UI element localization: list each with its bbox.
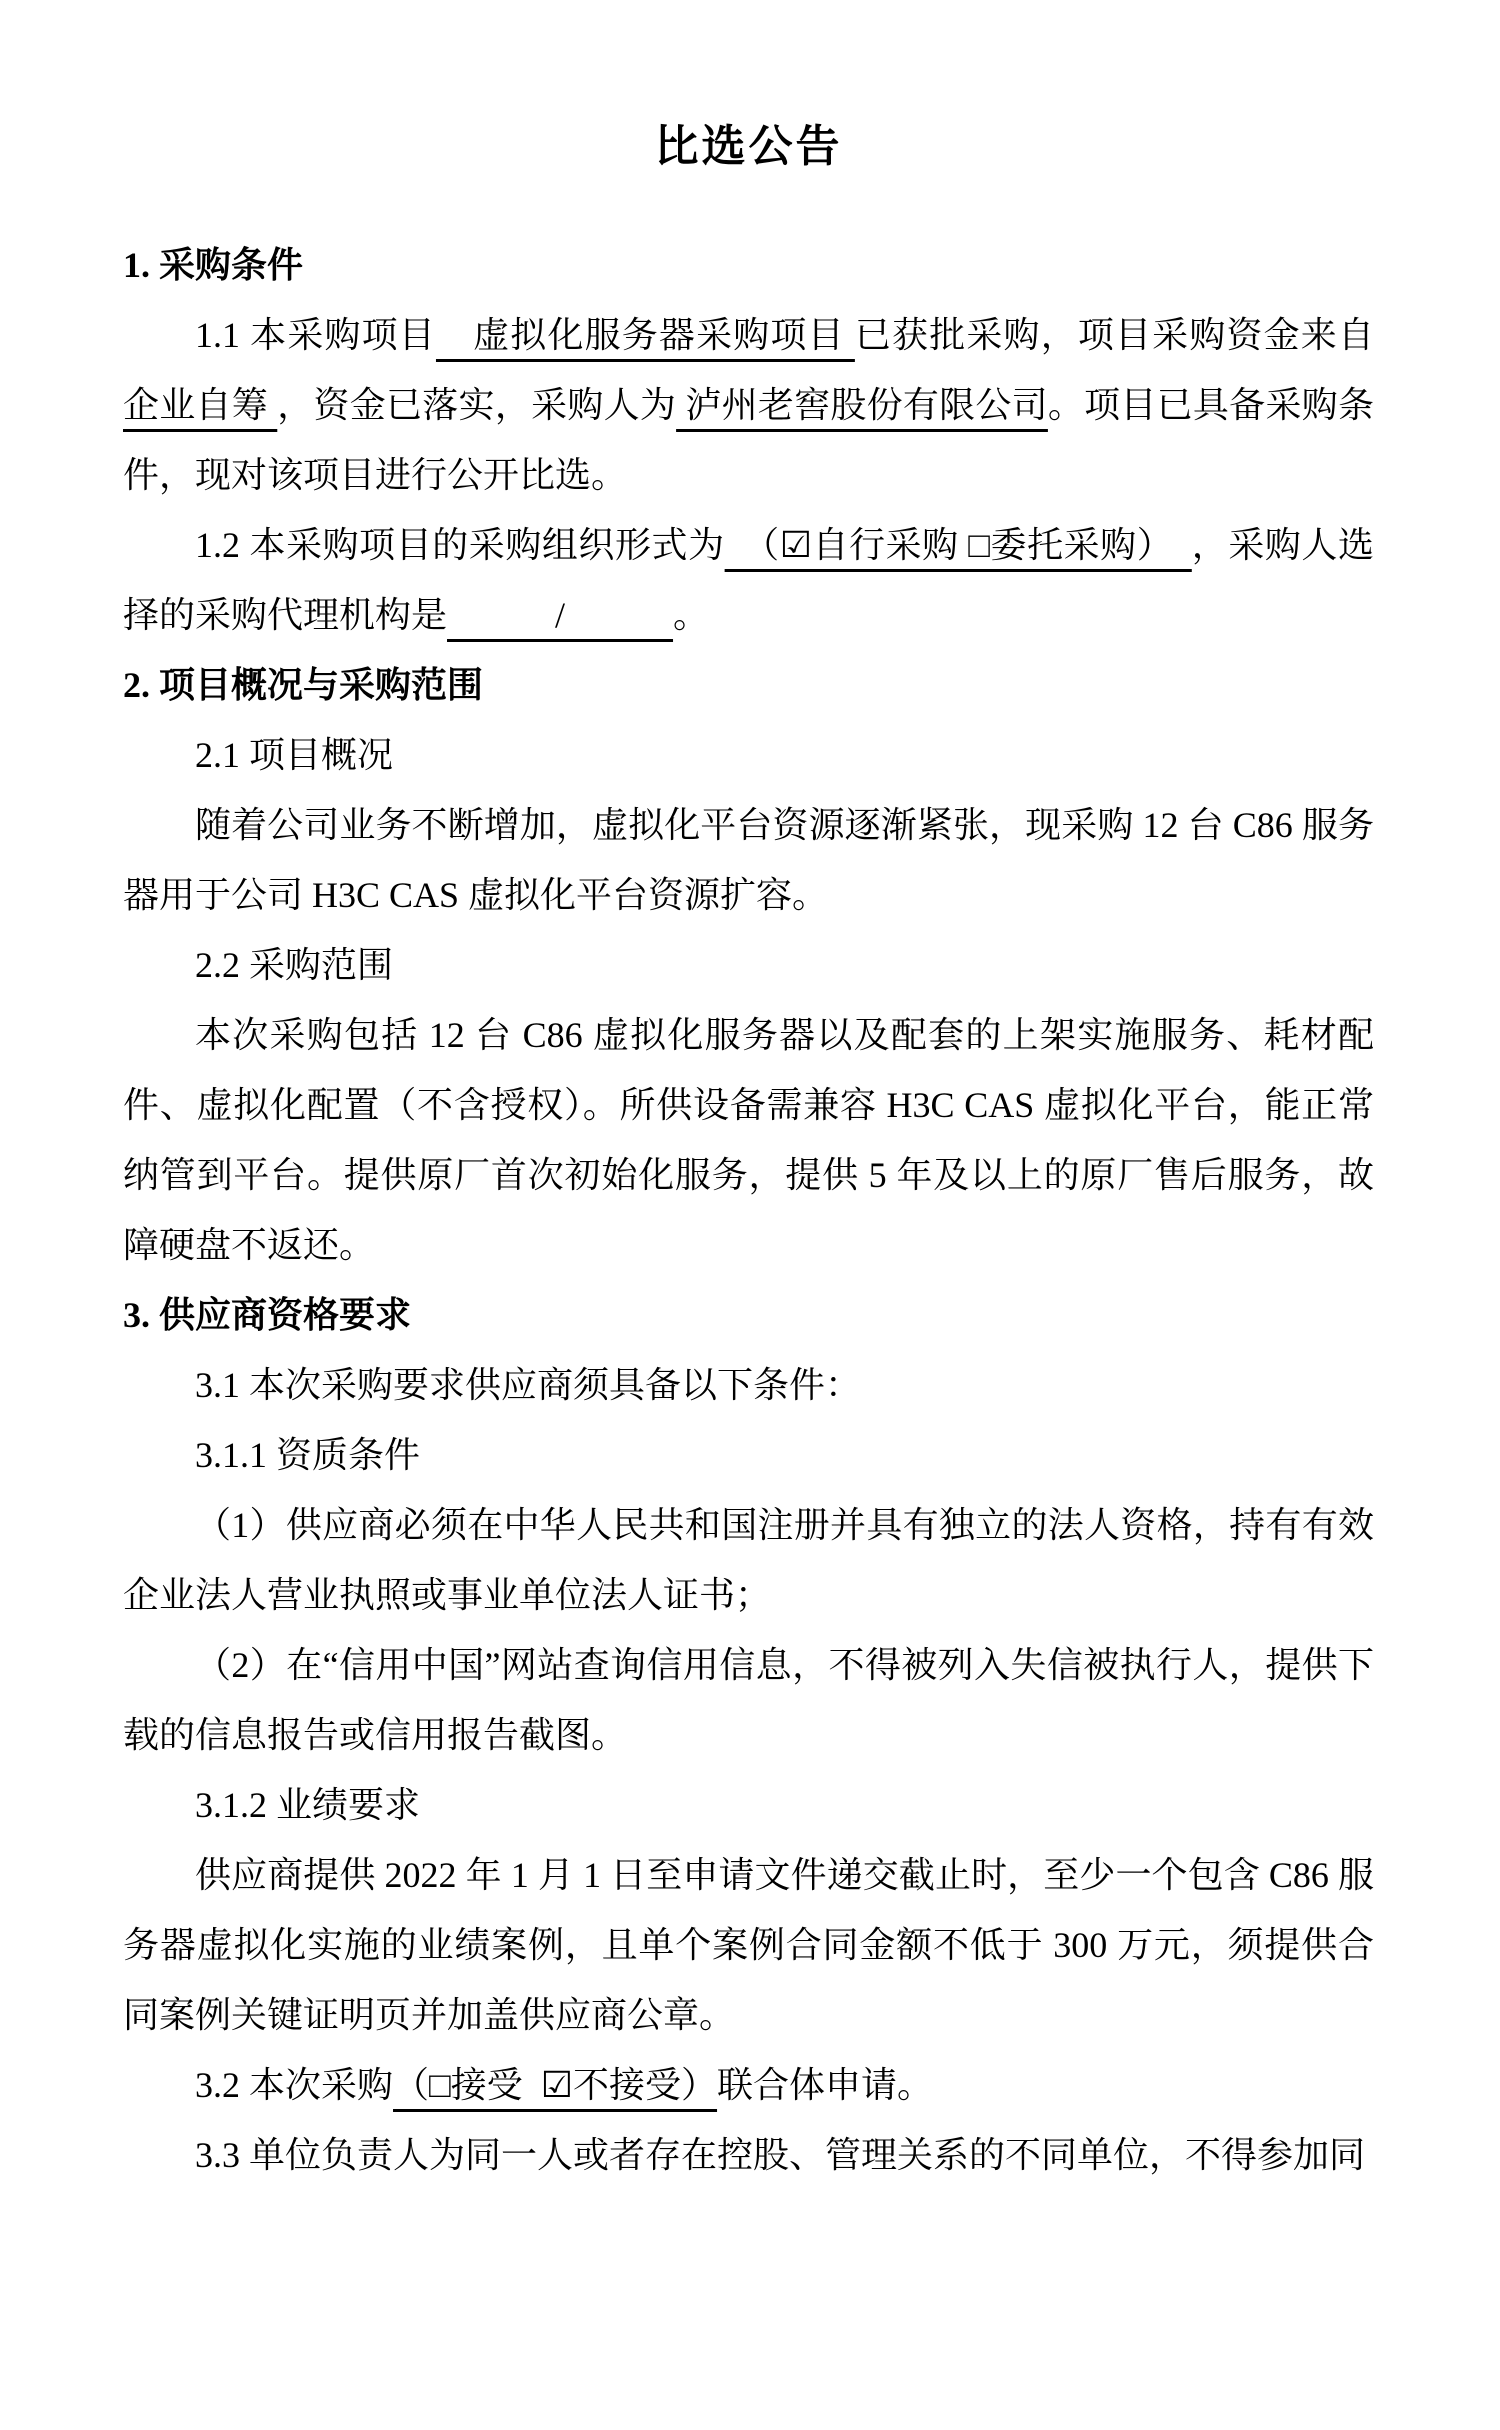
section-1-heading: 1. 采购条件 [123,230,1374,300]
underlined-field: （□接受 ☑不接受） [393,2065,717,2105]
text-run: 1. 采购条件 [123,245,303,285]
text-run: （1）供应商必须在中华人民共和国注册并具有独立的法人资格，持有有效企业法人营业执… [123,1505,1374,1615]
text-run: 3.2 本次采购 [195,2065,393,2105]
para-2-1-heading: 2.1 项目概况 [123,720,1374,790]
text-run: （2）在“信用中国”网站查询信用信息，不得被列入失信被执行人，提供下载的信息报告… [123,1645,1374,1755]
text-run: 已获批采购，项目采购资金来自 [855,315,1374,355]
section-3-heading: 3. 供应商资格要求 [123,1280,1374,1350]
para-3-1-1-item-2: （2）在“信用中国”网站查询信用信息，不得被列入失信被执行人，提供下载的信息报告… [123,1630,1374,1770]
para-1-1: 1.1 本采购项目 虚拟化服务器采购项目 已获批采购，项目采购资金来自企业自筹 … [123,300,1374,510]
document-page: 比选公告 1. 采购条件1.1 本采购项目 虚拟化服务器采购项目 已获批采购，项… [0,0,1500,2430]
text-run: 3.1.2 业绩要求 [195,1785,420,1825]
underlined-field: 企业自筹 [123,385,277,425]
text-run: 1.1 本采购项目 [195,315,436,355]
underlined-field: / [447,595,673,635]
para-3-3: 3.3 单位负责人为同一人或者存在控股、管理关系的不同单位，不得参加同 [123,2120,1374,2190]
text-run: 联合体申请。 [717,2065,933,2105]
text-run: 3.3 单位负责人为同一人或者存在控股、管理关系的不同单位，不得参加同 [195,2135,1365,2175]
section-2-heading: 2. 项目概况与采购范围 [123,650,1374,720]
para-1-2: 1.2 本采购项目的采购组织形式为 （☑自行采购 □委托采购） ，采购人选择的采… [123,510,1374,650]
text-run: 2. 项目概况与采购范围 [123,665,483,705]
underlined-field: 泸州老窖股份有限公司 [676,385,1048,425]
document-title: 比选公告 [123,112,1374,182]
text-run: 2.1 项目概况 [195,735,393,775]
text-run: 。 [673,595,709,635]
para-2-2-body: 本次采购包括 12 台 C86 虚拟化服务器以及配套的上架实施服务、耗材配件、虚… [123,1000,1374,1280]
text-run: 3.1 本次采购要求供应商须具备以下条件： [195,1365,861,1405]
text-run: 2.2 采购范围 [195,945,393,985]
text-run: 本次采购包括 12 台 C86 虚拟化服务器以及配套的上架实施服务、耗材配件、虚… [123,1015,1374,1265]
underlined-field: （☑自行采购 □委托采购） [725,525,1192,565]
para-3-1-heading: 3.1 本次采购要求供应商须具备以下条件： [123,1350,1374,1420]
para-2-2-heading: 2.2 采购范围 [123,930,1374,1000]
text-run: 供应商提供 2022 年 1 月 1 日至申请文件递交截止时，至少一个包含 C8… [123,1855,1374,2035]
para-3-1-2-body: 供应商提供 2022 年 1 月 1 日至申请文件递交截止时，至少一个包含 C8… [123,1840,1374,2050]
para-3-1-1-item-1: （1）供应商必须在中华人民共和国注册并具有独立的法人资格，持有有效企业法人营业执… [123,1490,1374,1630]
text-run: 3. 供应商资格要求 [123,1295,411,1335]
text-run: 随着公司业务不断增加，虚拟化平台资源逐渐紧张，现采购 12 台 C86 服务器用… [123,805,1374,915]
para-3-1-1-heading: 3.1.1 资质条件 [123,1420,1374,1490]
para-2-1-body: 随着公司业务不断增加，虚拟化平台资源逐渐紧张，现采购 12 台 C86 服务器用… [123,790,1374,930]
underlined-field: 虚拟化服务器采购项目 [436,315,855,355]
para-3-2: 3.2 本次采购（□接受 ☑不接受）联合体申请。 [123,2050,1374,2120]
text-run: 3.1.1 资质条件 [195,1435,420,1475]
para-3-1-2-heading: 3.1.2 业绩要求 [123,1770,1374,1840]
text-run: 1.2 本采购项目的采购组织形式为 [195,525,725,565]
document-body: 1. 采购条件1.1 本采购项目 虚拟化服务器采购项目 已获批采购，项目采购资金… [123,230,1374,2190]
text-run: ，资金已落实，采购人为 [277,385,676,425]
